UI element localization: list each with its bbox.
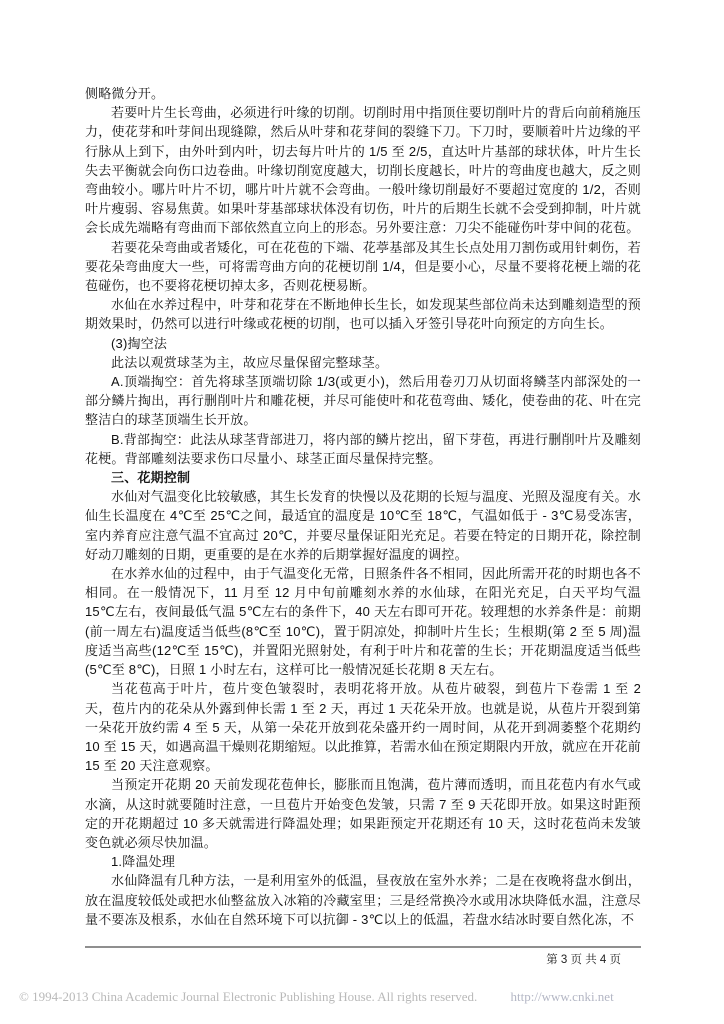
paragraph: 水仙降温有几种方法，一是利用室外的低温，昼夜放在室外水养；二是在夜晚将盘水倒出，… bbox=[85, 871, 641, 929]
page-number: 第 3 页 共 4 页 bbox=[85, 951, 621, 967]
copyright-line: © 1994-2013 China Academic Journal Elect… bbox=[19, 989, 709, 1005]
paragraph: 水仙在水养过程中，叶芽和花芽在不断地伸长生长，如发现某些部位尚未达到雕刻造型的预… bbox=[85, 295, 641, 333]
paragraph: 在水养水仙的过程中，由于气温变化无常，日照条件各不相同，因此所需开花的时期也各不… bbox=[85, 564, 641, 679]
paragraph: 当预定开花期 20 天前发现花苞伸长，膨胀而且饱满，苞片薄而透明，而且花苞内有水… bbox=[85, 775, 641, 852]
section-heading-flowering-control: 三、花期控制 bbox=[85, 468, 641, 487]
paragraph-top-hollowing: A.顶端掏空：首先将球茎顶端切除 1/3(或更小)，然后用卷刃刀从切面将鳞茎内部… bbox=[85, 372, 641, 430]
paragraph: 侧略微分开。 bbox=[85, 84, 641, 103]
list-label-hollowing-method: (3)掏空法 bbox=[85, 334, 641, 353]
paragraph: 水仙对气温变化比较敏感，其生长发育的快慢以及花期的长短与温度、光照及湿度有关。水… bbox=[85, 487, 641, 564]
cnki-url: http://www.cnki.net bbox=[511, 989, 614, 1004]
paragraph-back-hollowing: B.背部掏空：此法从球茎背部进刀，将内部的鳞片挖出，留下芽苞，再进行删削叶片及雕… bbox=[85, 430, 641, 468]
document-page: 侧略微分开。 若要叶片生长弯曲，必须进行叶缘的切削。切削时用中指顶住要切削叶片的… bbox=[0, 0, 724, 1024]
paragraph: 若要花朵弯曲或者矮化，可在花苞的下端、花葶基部及其生长点处用刀割伤或用针刺伤，若… bbox=[85, 238, 641, 296]
footer-divider bbox=[85, 946, 641, 948]
paragraph: 若要叶片生长弯曲，必须进行叶缘的切削。切削时用中指顶住要切削叶片的背后向前稍施压… bbox=[85, 103, 641, 237]
paragraph: 此法以观赏球茎为主，故应尽量保留完整球茎。 bbox=[85, 353, 641, 372]
article-body: 侧略微分开。 若要叶片生长弯曲，必须进行叶缘的切削。切削时用中指顶住要切削叶片的… bbox=[85, 84, 641, 929]
subsection-heading-cooling-treatment: 1.降温处理 bbox=[85, 852, 641, 871]
copyright-text: © 1994-2013 China Academic Journal Elect… bbox=[19, 989, 477, 1004]
paragraph: 当花苞高于叶片，苞片变色皱裂时，表明花将开放。从苞片破裂，到苞片下卷需 1 至 … bbox=[85, 679, 641, 775]
